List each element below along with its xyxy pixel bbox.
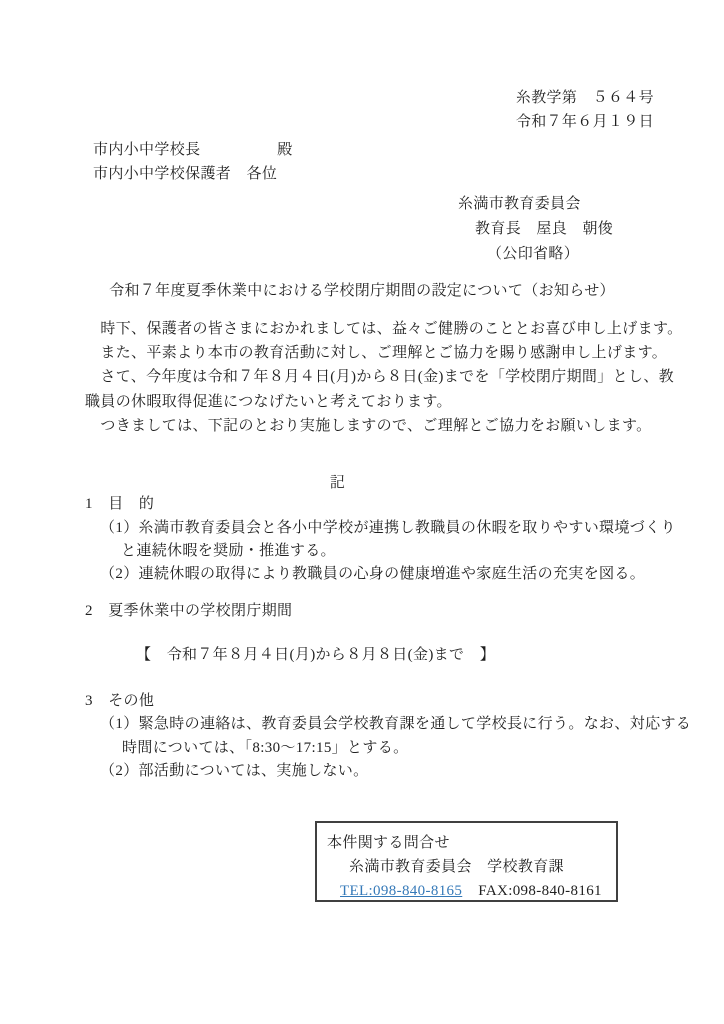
contact-info-box: 本件関する問合せ 糸満市教育委員会 学校教育課 TEL:098-840-8165…: [315, 821, 618, 902]
seal-omitted-note: （公印省略）: [487, 242, 613, 267]
document-number: 糸教学第 ５６４号: [516, 86, 654, 110]
section-1-heading: 1 目 的: [85, 492, 154, 513]
addressee-guardians: 市内小中学校保護者 各位: [93, 163, 293, 187]
contact-numbers-line: TEL:098-840-8165FAX:098-840-8161: [340, 879, 606, 903]
contact-organization: 糸満市教育委員会 学校教育課: [349, 855, 606, 879]
body-line-2: また、平素より本市の教育活動に対し、ご理解とご協力を賜り感謝申し上げます。: [85, 341, 682, 365]
sender-block: 糸満市教育委員会 教育長 屋良 朝俊 （公印省略）: [458, 192, 613, 267]
body-line-3: さて、今年度は令和７年８月４日(月)から８日(金)までを「学校閉庁期間」とし、教: [85, 365, 682, 389]
section-3-item-2: （2）部活動については、実施しない。: [100, 759, 369, 780]
section-1-item-1-line-2: と連続休暇を奨励・推進する。: [121, 539, 336, 560]
body-line-4: 職員の休暇取得促進につなげたいと考えております。: [85, 390, 682, 414]
tel-link[interactable]: TEL:098-840-8165: [340, 883, 462, 899]
addressee-block: 市内小中学校長 殿 市内小中学校保護者 各位: [93, 139, 293, 186]
section-3-item-1-line-2: 時間については、「8:30～17:15」とする。: [122, 736, 408, 757]
sender-superintendent-name: 教育長 屋良 朝俊: [475, 217, 613, 242]
section-1-item-2: （2）連続休暇の取得により教職員の心身の健康増進や家庭生活の充実を図る。: [100, 562, 645, 583]
body-paragraphs: 時下、保護者の皆さまにおかれましては、益々ご健勝のこととお喜び申し上げます。 ま…: [85, 317, 682, 438]
body-line-5: つきましては、下記のとおり実施しますので、ご理解とご協力をお願いします。: [85, 414, 682, 438]
contact-heading: 本件関する問合せ: [327, 831, 606, 855]
section-3-heading: 3 その他: [85, 689, 154, 710]
document-date: 令和７年６月１９日: [516, 110, 654, 134]
addressee-principals: 市内小中学校長 殿: [93, 139, 293, 163]
section-1-item-1-line-1: （1）糸満市教育委員会と各小中学校が連携し教職員の休暇を取りやすい環境づくり: [100, 516, 676, 537]
document-page: 糸教学第 ５６４号 令和７年６月１９日 市内小中学校長 殿 市内小中学校保護者 …: [0, 0, 724, 1024]
document-number-block: 糸教学第 ５６４号 令和７年６月１９日: [516, 86, 654, 134]
record-separator: 記: [85, 471, 590, 492]
sender-organization: 糸満市教育委員会: [458, 192, 613, 217]
body-line-1: 時下、保護者の皆さまにおかれましては、益々ご健勝のこととお喜び申し上げます。: [85, 317, 682, 341]
fax-number: FAX:098-840-8161: [478, 883, 602, 899]
section-2-heading: 2 夏季休業中の学校閉庁期間: [85, 599, 292, 620]
closure-period: 【 令和７年８月４日(月)から８月８日(金)まで 】: [136, 643, 495, 664]
document-title: 令和７年度夏季休業中における学校閉庁期間の設定について（お知らせ）: [0, 279, 724, 300]
section-3-item-1-line-1: （1）緊急時の連絡は、教育委員会学校教育課を通して学校長に行う。なお、対応する: [100, 712, 691, 733]
